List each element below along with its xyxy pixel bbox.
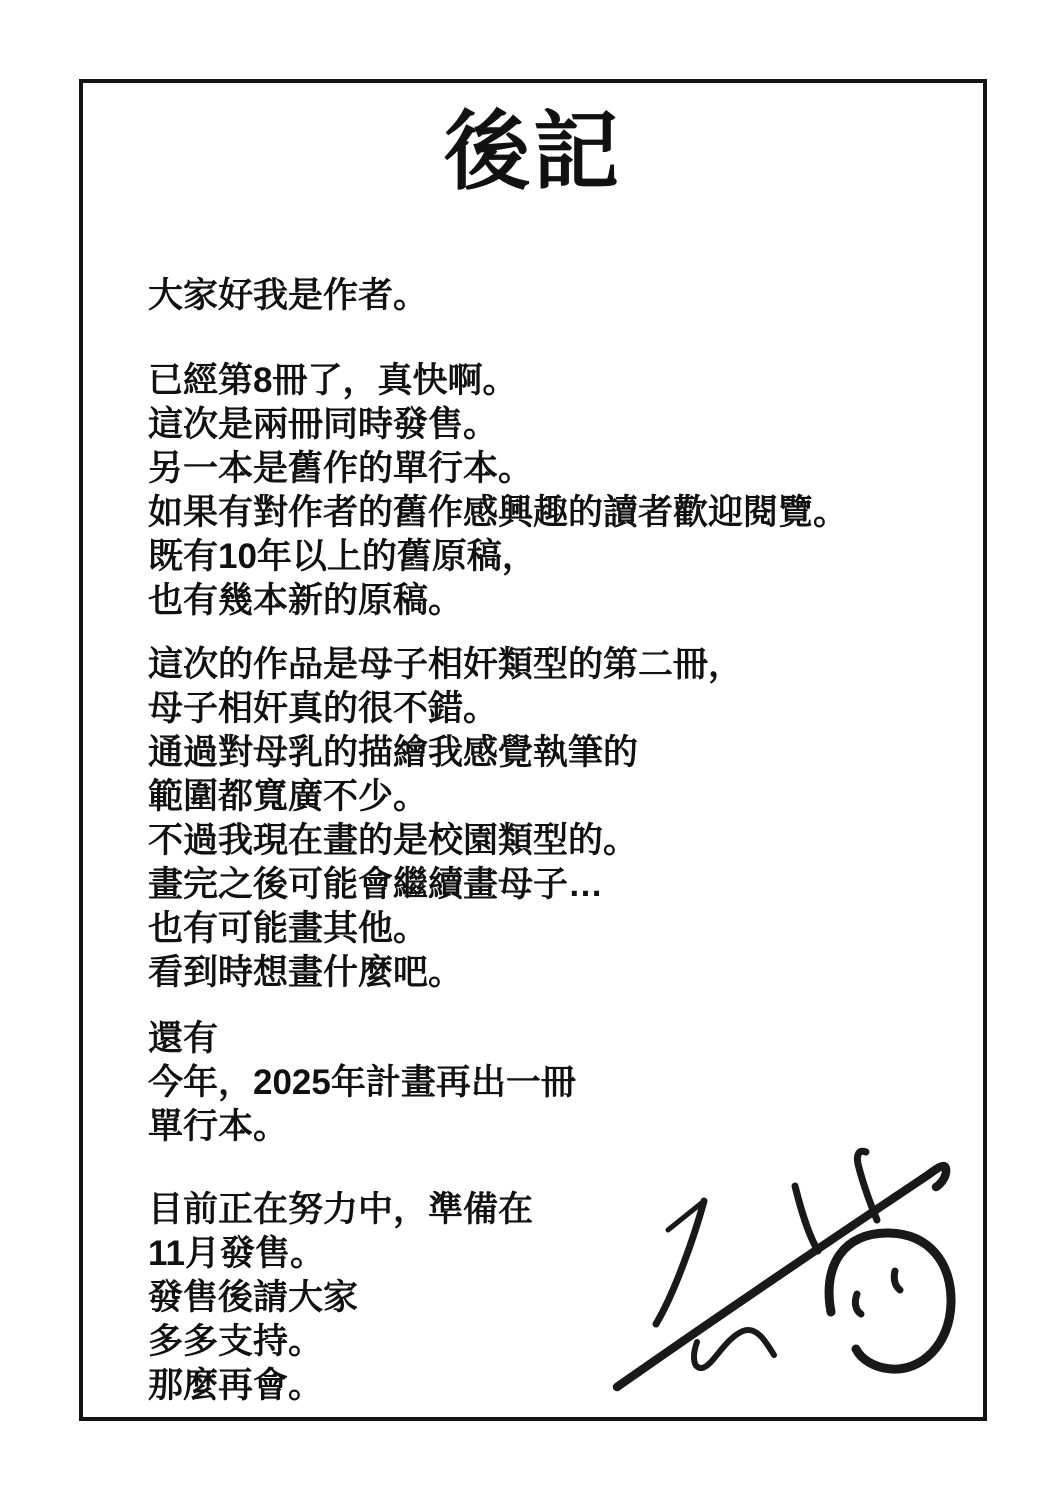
text-line: 今年，2025年計畫再出一冊 (148, 1061, 938, 1105)
author-signature-doodle-icon (598, 1142, 958, 1392)
text-line: 不過我現在畫的是校園類型的。 (148, 819, 938, 863)
text-line: 如果有對作者的舊作感興趣的讀者歡迎閱覽。 (148, 491, 938, 535)
text-line: 範圍都寬廣不少。 (148, 775, 938, 819)
page-border-frame: 後記 大家好我是作者。已經第8冊了，真快啊。這次是兩冊同時發售。另一本是舊作的單… (79, 79, 987, 1421)
text-line: 看到時想畫什麼吧。 (148, 951, 938, 995)
text-line: 這次是兩冊同時發售。 (148, 403, 938, 447)
paragraph: 大家好我是作者。 (148, 274, 938, 318)
paragraph: 還有今年，2025年計畫再出一冊單行本。 (148, 1017, 938, 1149)
paragraph: 這次的作品是母子相奸類型的第二冊，母子相奸真的很不錯。通過對母乳的描繪我感覺執筆… (148, 643, 938, 995)
text-line: 母子相奸真的很不錯。 (148, 687, 938, 731)
text-line: 既有10年以上的舊原稿， (148, 535, 938, 579)
paragraph: 已經第8冊了，真快啊。這次是兩冊同時發售。另一本是舊作的單行本。如果有對作者的舊… (148, 359, 938, 623)
text-line: 也有幾本新的原稿。 (148, 579, 938, 623)
text-line: 另一本是舊作的單行本。 (148, 447, 938, 491)
page-title: 後記 (83, 105, 983, 200)
text-line: 這次的作品是母子相奸類型的第二冊， (148, 643, 938, 687)
text-line: 還有 (148, 1017, 938, 1061)
text-line: 畫完之後可能會繼續畫母子… (148, 863, 938, 907)
text-line: 已經第8冊了，真快啊。 (148, 359, 938, 403)
text-line: 大家好我是作者。 (148, 274, 938, 318)
text-line: 通過對母乳的描繪我感覺執筆的 (148, 731, 938, 775)
text-line: 也有可能畫其他。 (148, 907, 938, 951)
